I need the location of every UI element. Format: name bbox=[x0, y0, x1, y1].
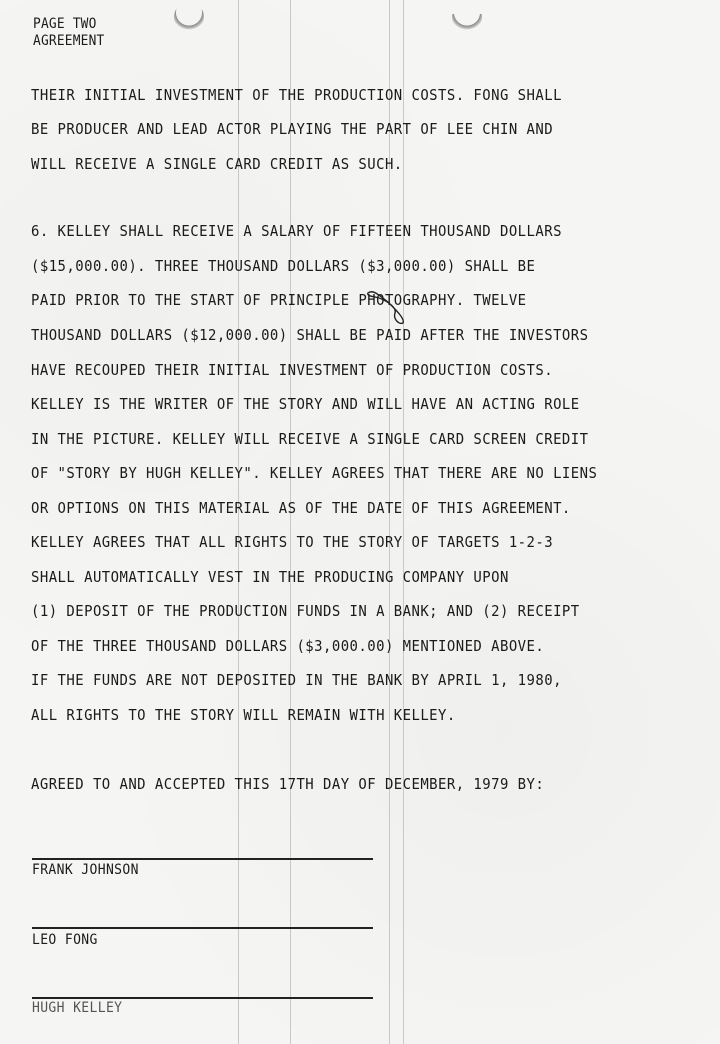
document-title: AGREEMENT bbox=[33, 33, 104, 50]
punch-hole-icon bbox=[452, 2, 482, 32]
page-number-label: PAGE TWO bbox=[33, 16, 104, 33]
page-header: PAGE TWO AGREEMENT bbox=[33, 16, 104, 50]
body-line: ALL RIGHTS TO THE STORY WILL REMAIN WITH… bbox=[31, 706, 456, 724]
signatory-name: LEO FONG bbox=[32, 932, 98, 948]
body-line: OF THE THREE THOUSAND DOLLARS ($3,000.00… bbox=[31, 637, 544, 655]
body-line: HAVE RECOUPED THEIR INITIAL INVESTMENT O… bbox=[31, 361, 553, 379]
body-line: SHALL AUTOMATICALLY VEST IN THE PRODUCIN… bbox=[31, 568, 509, 586]
body-line: THOUSAND DOLLARS ($12,000.00) SHALL BE P… bbox=[31, 326, 588, 344]
signature-line bbox=[32, 927, 373, 929]
body-line: THEIR INITIAL INVESTMENT OF THE PRODUCTI… bbox=[31, 86, 562, 104]
body-line: ($15,000.00). THREE THOUSAND DOLLARS ($3… bbox=[31, 257, 535, 275]
signature-line bbox=[32, 997, 373, 999]
body-line: (1) DEPOSIT OF THE PRODUCTION FUNDS IN A… bbox=[31, 602, 580, 620]
body-line: OR OPTIONS ON THIS MATERIAL AS OF THE DA… bbox=[31, 499, 571, 517]
acceptance-line: AGREED TO AND ACCEPTED THIS 17TH DAY OF … bbox=[31, 775, 544, 793]
signatory-name: FRANK JOHNSON bbox=[32, 862, 139, 878]
scan-line bbox=[403, 0, 404, 1044]
body-line: IF THE FUNDS ARE NOT DEPOSITED IN THE BA… bbox=[31, 671, 562, 689]
punch-hole-icon bbox=[174, 2, 204, 32]
body-line: PAID PRIOR TO THE START OF PRINCIPLE PHO… bbox=[31, 291, 527, 309]
body-line: WILL RECEIVE A SINGLE CARD CREDIT AS SUC… bbox=[31, 155, 403, 173]
clause-6-line: 6. KELLEY SHALL RECEIVE A SALARY OF FIFT… bbox=[31, 222, 562, 240]
body-line: KELLEY AGREES THAT ALL RIGHTS TO THE STO… bbox=[31, 533, 553, 551]
body-line: IN THE PICTURE. KELLEY WILL RECEIVE A SI… bbox=[31, 430, 588, 448]
body-line: BE PRODUCER AND LEAD ACTOR PLAYING THE P… bbox=[31, 120, 553, 138]
handwritten-correction-mark-icon bbox=[365, 289, 409, 325]
body-line: OF "STORY BY HUGH KELLEY". KELLEY AGREES… bbox=[31, 464, 597, 482]
signatory-name: HUGH KELLEY bbox=[32, 1000, 122, 1016]
body-line: KELLEY IS THE WRITER OF THE STORY AND WI… bbox=[31, 395, 580, 413]
document-page: PAGE TWO AGREEMENT THEIR INITIAL INVESTM… bbox=[0, 0, 720, 1044]
signature-line bbox=[32, 858, 373, 860]
